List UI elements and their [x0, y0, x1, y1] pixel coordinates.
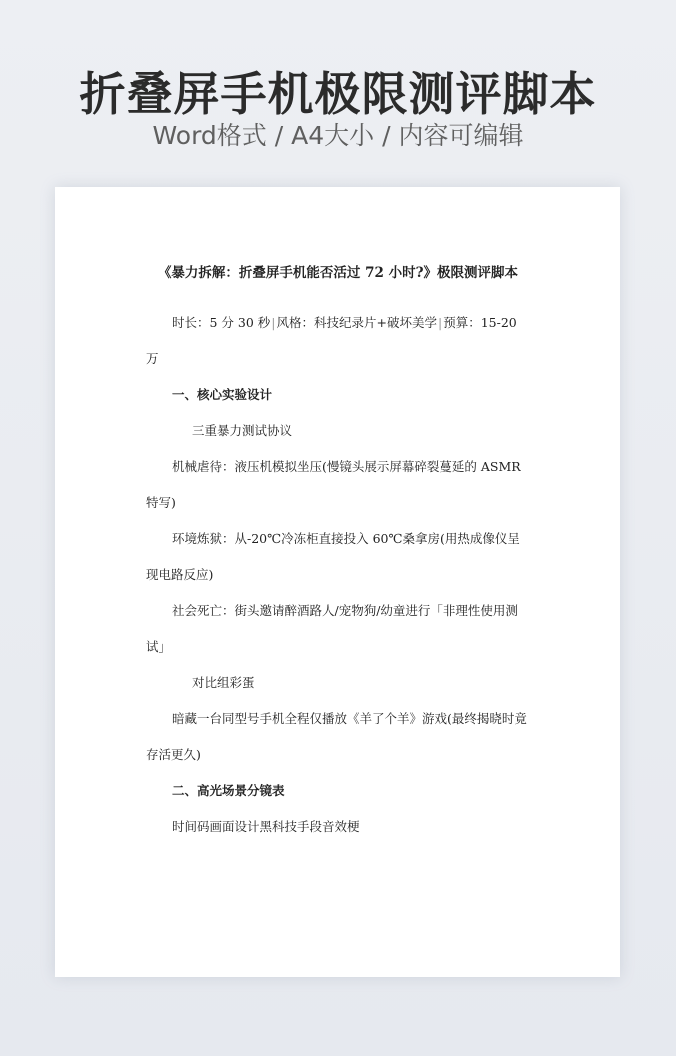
easter-egg-text: 暗藏一台同型号手机全程仅播放《羊了个羊》游戏(最终揭晓时竟存活更久) [146, 701, 530, 773]
document-title: 《暴力拆解：折叠屏手机能否活过 72 小时?》极限测评脚本 [142, 263, 534, 283]
header-subtitle: Word格式 / A4大小 / 内容可编辑 [0, 118, 676, 154]
list-item: 社会死亡：街头邀请醉酒路人/宠物狗/幼童进行「非理性使用测试」 [146, 593, 530, 665]
meta-style: 风格：科技纪录片+破坏美学 [277, 315, 437, 330]
section-heading-1: 一、核心实验设计 [146, 377, 530, 413]
subheading-easter-egg: 对比组彩蛋 [146, 665, 530, 701]
section-heading-2: 二、高光场景分镜表 [146, 773, 530, 809]
list-item: 环境炼狱：从-20℃冷冻柜直接投入 60℃桑拿房(用热成像仪呈现电路反应) [146, 521, 530, 593]
document-body: 《暴力拆解：折叠屏手机能否活过 72 小时?》极限测评脚本 时长：5 分 30 … [146, 263, 530, 845]
storyboard-table-header: 时间码画面设计黑科技手段音效梗 [146, 809, 530, 845]
header-title: 折叠屏手机极限测评脚本 [0, 64, 676, 124]
document-page: 《暴力拆解：折叠屏手机能否活过 72 小时?》极限测评脚本 时长：5 分 30 … [55, 187, 620, 977]
meta-duration: 时长：5 分 30 秒 [172, 315, 270, 330]
list-item: 机械虐待：液压机模拟坐压(慢镜头展示屏幕碎裂蔓延的 ASMR 特写) [146, 449, 530, 521]
subheading-protocol: 三重暴力测试协议 [146, 413, 530, 449]
meta-line: 时长：5 分 30 秒|风格：科技纪录片+破坏美学|预算：15-20 万 [146, 305, 530, 377]
